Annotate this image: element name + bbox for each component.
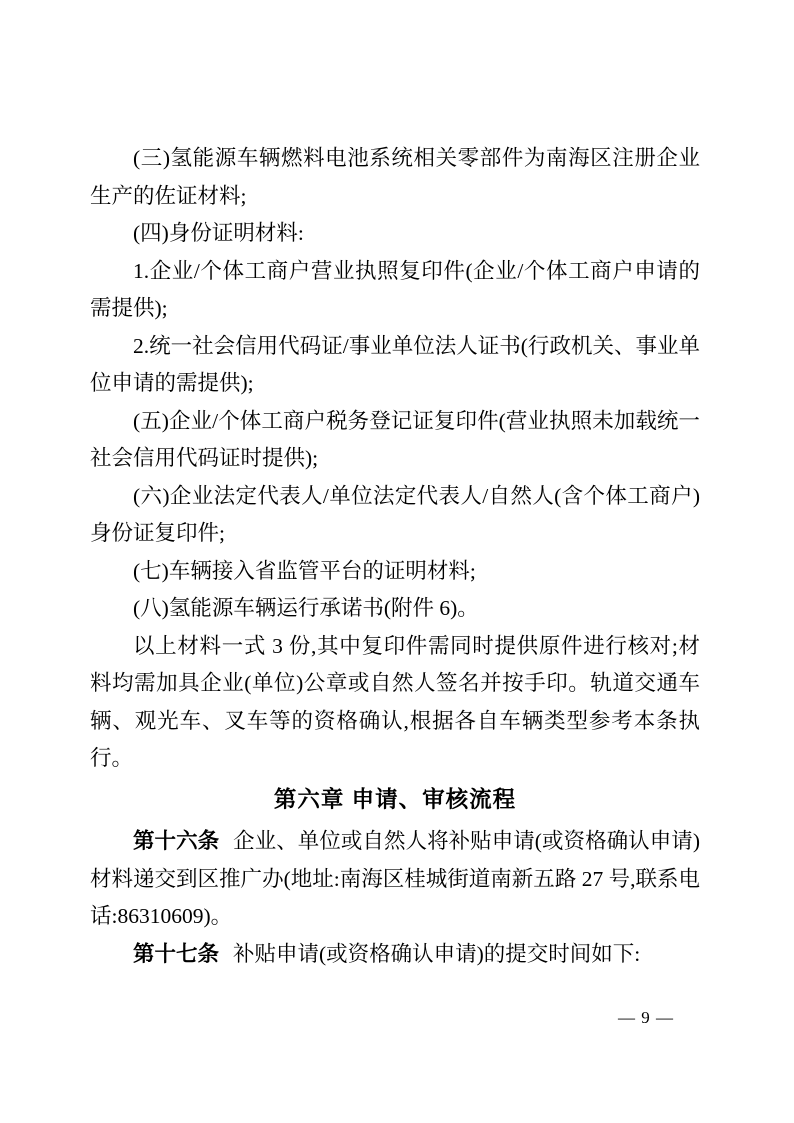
document-page: (三)氢能源车辆燃料电池系统相关零部件为南海区注册企业生产的佐证材料; (四)身…: [0, 0, 794, 1123]
article-17-label: 第十七条: [133, 942, 219, 966]
paragraph-item-5: (五)企业/个体工商户税务登记证复印件(营业执照未加载统一社会信用代码证时提供)…: [90, 403, 700, 478]
paragraph-article-17: 第十七条补贴申请(或资格确认申请)的提交时间如下:: [90, 936, 700, 974]
paragraph-item-8: (八)氢能源车辆运行承诺书(附件 6)。: [90, 590, 700, 628]
chapter-heading: 第六章 申请、审核流程: [90, 781, 700, 819]
article-17-text: 补贴申请(或资格确认申请)的提交时间如下:: [233, 942, 640, 966]
paragraph-numbered-1: 1.企业/个体工商户营业执照复印件(企业/个体工商户申请的需提供);: [90, 253, 700, 328]
paragraph-numbered-2: 2.统一社会信用代码证/事业单位法人证书(行政机关、事业单位申请的需提供);: [90, 328, 700, 403]
article-16-label: 第十六条: [133, 829, 219, 853]
paragraph-item-7: (七)车辆接入省监管平台的证明材料;: [90, 553, 700, 591]
page-number: — 9 —: [618, 1006, 674, 1030]
paragraph-item-4: (四)身份证明材料:: [90, 215, 700, 253]
paragraph-materials-note: 以上材料一式 3 份,其中复印件需同时提供原件进行核对;材料均需加具企业(单位)…: [90, 628, 700, 778]
paragraph-item-3: (三)氢能源车辆燃料电池系统相关零部件为南海区注册企业生产的佐证材料;: [90, 140, 700, 215]
paragraph-article-16: 第十六条企业、单位或自然人将补贴申请(或资格确认申请)材料递交到区推广办(地址:…: [90, 823, 700, 936]
paragraph-item-6: (六)企业法定代表人/单位法定代表人/自然人(含个体工商户)身份证复印件;: [90, 478, 700, 553]
